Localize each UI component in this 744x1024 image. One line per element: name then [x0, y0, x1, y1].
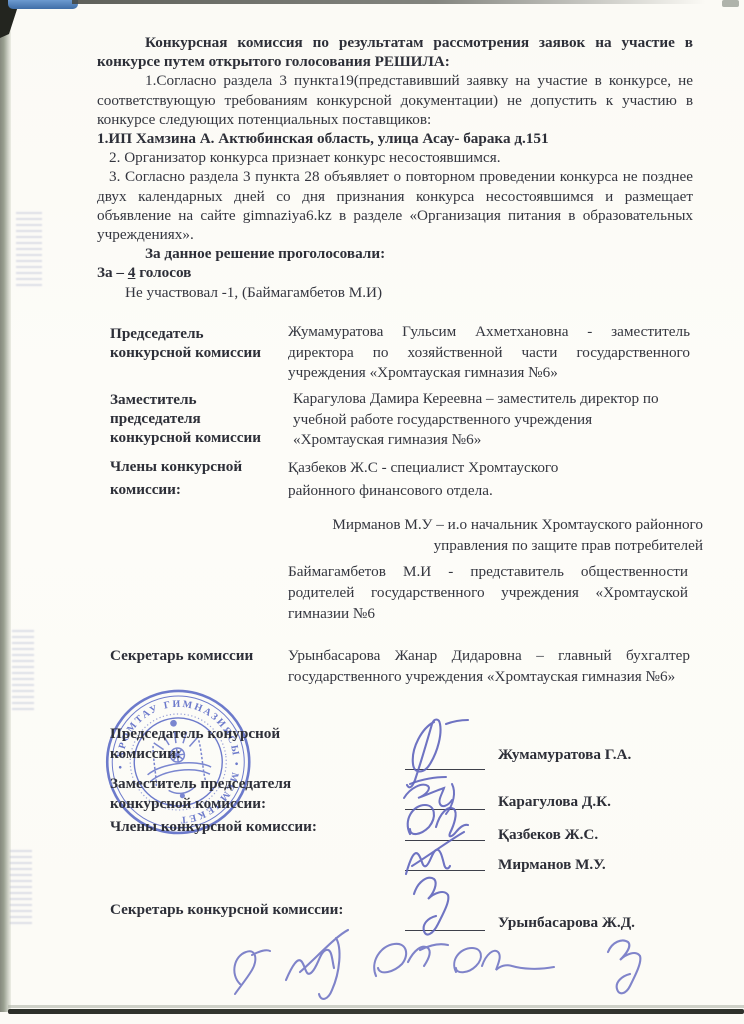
scan-bottom-shadow: [8, 1005, 744, 1008]
voting-not-participated: Не участвовал -1, (Баймагамбетов М.И): [97, 283, 693, 302]
handwritten-signature-5-icon: [592, 932, 662, 1002]
resolution-item-3: 3. Согласно раздела 3 пункта 28 объявляе…: [97, 167, 693, 244]
commission-row-label: Члены конкурсной комиссии:: [110, 455, 280, 501]
handwritten-signature-3-icon: [362, 936, 450, 994]
resolution-heading: Конкурсная комиссия по результатам рассм…: [97, 33, 693, 71]
printed-name: Қазбеков Ж.С.: [498, 826, 598, 844]
voting-for-suffix: голосов: [135, 264, 191, 281]
voting-heading: За данное решение проголосовали:: [97, 244, 693, 263]
scan-top-edge-line: [72, 0, 732, 4]
printed-name: Карагулова Д.К.: [498, 793, 611, 811]
commission-row-value: Урынбасарова Жанар Дидаровна – главный б…: [288, 645, 690, 687]
resolution-item-1: 1.Согласно раздела 3 пункта19(представив…: [97, 71, 693, 129]
signing-label-chairman: Председатель конурсной комиссии:: [110, 724, 315, 764]
signature-urynbasarova-icon: [400, 868, 472, 946]
scan-blue-tab-artifact: [8, 0, 78, 9]
supplier-line: 1.ИП Хамзина А. Актюбинская область, ули…: [97, 129, 693, 148]
commission-row-label: Заместитель председателя конкурсной коми…: [110, 390, 280, 448]
scan-top-right-mark: [722, 0, 739, 7]
printed-name: Жумамуратова Г.А.: [498, 746, 631, 764]
handwritten-signature-2-icon: [278, 928, 373, 1004]
handwritten-signature-1-icon: [212, 942, 272, 998]
printed-name: Урынбасарова Ж.Д.: [498, 914, 635, 932]
commission-row-value: Баймагамбетов М.И - представитель общест…: [288, 561, 688, 624]
commission-row-label: Председатель конкурсной комиссии: [110, 324, 280, 362]
commission-row-value: Мирманов М.У – и.о начальник Хромтауског…: [293, 514, 703, 556]
resolution-text-block: Конкурсная комиссия по результатам рассм…: [97, 33, 693, 302]
commission-row-value: Жумамуратова Гульсим Ахметхановна - заме…: [288, 322, 690, 384]
handwritten-signature-4-icon: [444, 942, 560, 990]
scanned-document-page: Конкурсная комиссия по результатам рассм…: [0, 0, 744, 1024]
printed-name: Мирманов М.У.: [498, 856, 606, 874]
resolution-item-2: 2. Организатор конкурса признает конкурс…: [97, 148, 693, 167]
scan-bottom-edge-line: [8, 1009, 744, 1014]
ink-smudge: [12, 630, 34, 712]
commission-row-value: Қазбеков Ж.С - специалист Хромтауского р…: [288, 456, 576, 502]
ink-smudge: [10, 850, 32, 924]
ink-smudge: [16, 212, 42, 290]
signing-label-members: Члены конкурсной комиссии:: [110, 817, 317, 836]
signing-label-secretary: Секретарь конкурсной комиссии:: [110, 900, 343, 919]
voting-result-line: За – 4 голосов: [97, 263, 693, 282]
commission-row-value: Карагулова Дамира Кереевна – заместитель…: [293, 389, 685, 451]
voting-for-prefix: За –: [97, 264, 128, 281]
signing-label-deputy: Заместитель председателя конкурсной коми…: [110, 774, 325, 814]
